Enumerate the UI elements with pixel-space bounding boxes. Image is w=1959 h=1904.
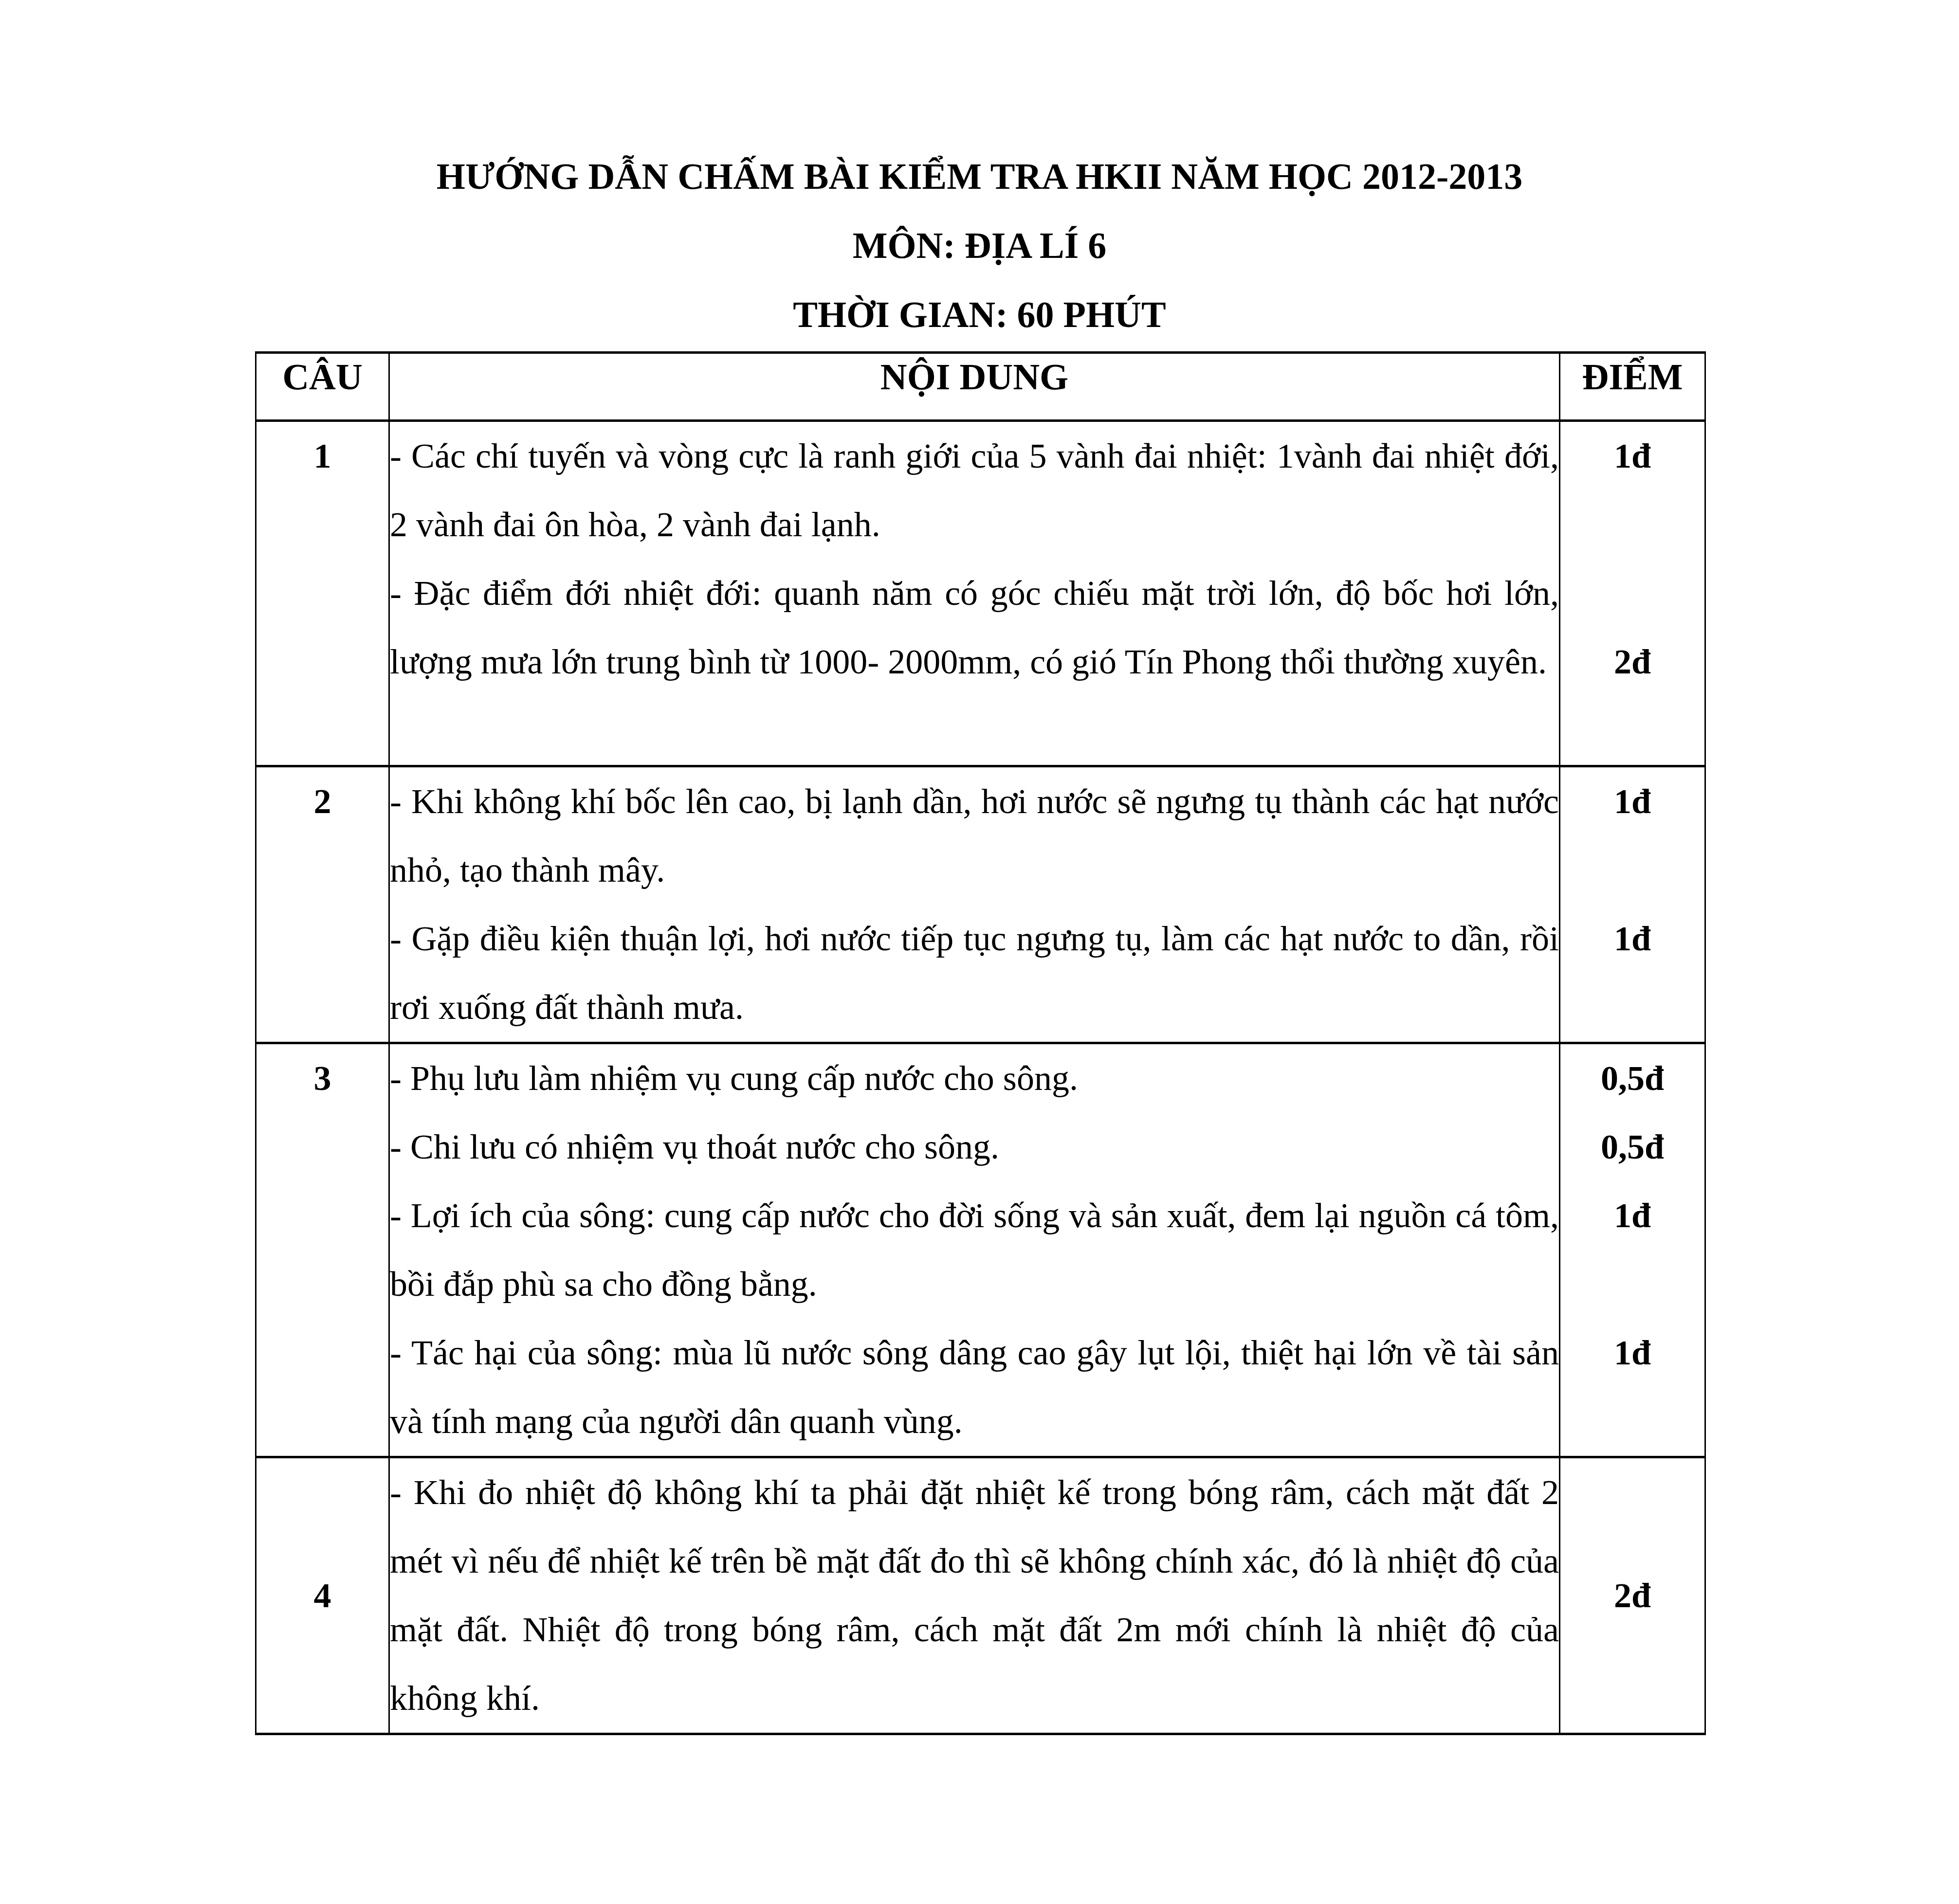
answer-paragraph: - Tác hại của sông: mùa lũ nước sông dân…	[390, 1319, 1559, 1456]
table-header-row: CÂU NỘI DUNG ĐIỂM	[256, 353, 1705, 421]
points-cell: 1đ 2đ	[1560, 421, 1705, 766]
points-value	[1560, 1250, 1704, 1319]
points-value	[1560, 836, 1704, 905]
table-row: 2 - Khi không khí bốc lên cao, bị lạnh d…	[256, 766, 1705, 1043]
points-value: 1đ	[1560, 1319, 1704, 1387]
points-value: 0,5đ	[1560, 1044, 1704, 1113]
question-number: 4	[256, 1457, 389, 1734]
grading-table: CÂU NỘI DUNG ĐIỂM 1 - Các chí tuyến và v…	[255, 351, 1706, 1735]
points-value: 1đ	[1560, 1181, 1704, 1250]
points-cell: 0,5đ 0,5đ 1đ 1đ	[1560, 1043, 1705, 1457]
answer-paragraph: - Các chí tuyến và vòng cực là ranh giới…	[390, 422, 1559, 559]
column-header-question: CÂU	[256, 353, 389, 421]
points-value	[1560, 973, 1704, 1042]
answer-paragraph: - Đặc điểm đới nhiệt đới: quanh năm có g…	[390, 559, 1559, 696]
points-value: 2đ	[1560, 628, 1704, 696]
answer-content: - Các chí tuyến và vòng cực là ranh giới…	[389, 421, 1560, 766]
points-value: 1đ	[1560, 905, 1704, 973]
subject-line: MÔN: ĐỊA LÍ 6	[0, 211, 1959, 280]
table-row: 4 - Khi đo nhiệt độ không khí ta phải đặ…	[256, 1457, 1705, 1734]
points-value	[1560, 490, 1704, 559]
answer-paragraph: - Phụ lưu làm nhiệm vụ cung cấp nước cho…	[390, 1044, 1559, 1113]
document-header: HƯỚNG DẪN CHẤM BÀI KIỂM TRA HKII NĂM HỌC…	[0, 142, 1959, 349]
table-row: 3 - Phụ lưu làm nhiệm vụ cung cấp nước c…	[256, 1043, 1705, 1457]
answer-content: - Phụ lưu làm nhiệm vụ cung cấp nước cho…	[389, 1043, 1560, 1457]
points-value	[1560, 559, 1704, 628]
points-value: 0,5đ	[1560, 1113, 1704, 1181]
points-cell: 1đ 1đ	[1560, 766, 1705, 1043]
answer-paragraph: - Khi không khí bốc lên cao, bị lạnh dần…	[390, 767, 1559, 905]
points-value: 2đ	[1560, 1561, 1704, 1630]
points-cell: 2đ	[1560, 1457, 1705, 1734]
column-header-points: ĐIỂM	[1560, 353, 1705, 421]
question-number: 3	[256, 1043, 389, 1457]
points-value: 1đ	[1560, 767, 1704, 836]
table-row: 1 - Các chí tuyến và vòng cực là ranh gi…	[256, 421, 1705, 766]
points-value: 1đ	[1560, 422, 1704, 490]
answer-paragraph: - Khi đo nhiệt độ không khí ta phải đặt …	[390, 1458, 1559, 1733]
duration-line: THỜI GIAN: 60 PHÚT	[0, 280, 1959, 349]
answer-paragraph: - Chi lưu có nhiệm vụ thoát nước cho sôn…	[390, 1113, 1559, 1181]
answer-paragraph: - Lợi ích của sông: cung cấp nước cho đờ…	[390, 1181, 1559, 1319]
answer-content: - Khi đo nhiệt độ không khí ta phải đặt …	[389, 1457, 1560, 1734]
document-title: HƯỚNG DẪN CHẤM BÀI KIỂM TRA HKII NĂM HỌC…	[0, 142, 1959, 211]
question-number: 1	[256, 421, 389, 766]
column-header-content: NỘI DUNG	[389, 353, 1560, 421]
points-value	[1560, 696, 1704, 765]
answer-paragraph: - Gặp điều kiện thuận lợi, hơi nước tiếp…	[390, 905, 1559, 1042]
points-value	[1560, 1387, 1704, 1456]
question-number: 2	[256, 766, 389, 1043]
answer-content: - Khi không khí bốc lên cao, bị lạnh dần…	[389, 766, 1560, 1043]
